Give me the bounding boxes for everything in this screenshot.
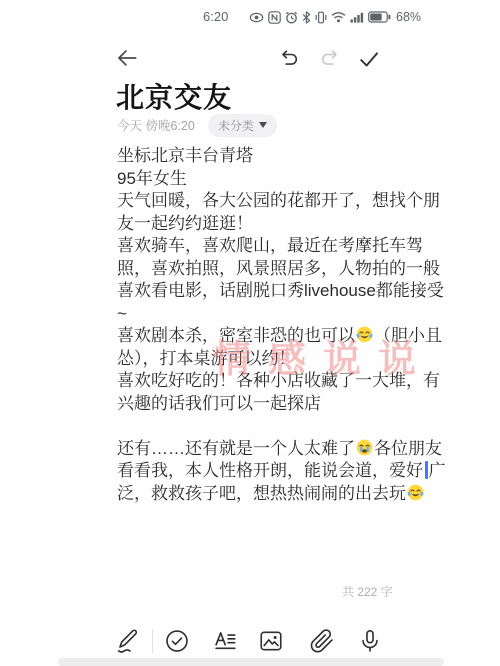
note-line: 喜欢吃好吃的！各种小店收藏了一大堆，有 bbox=[117, 370, 469, 393]
toolbar-divider bbox=[152, 629, 153, 653]
nfc-icon bbox=[268, 11, 281, 24]
category-selector[interactable]: 未分类 bbox=[208, 114, 277, 137]
note-line: ~ bbox=[117, 303, 469, 326]
sob-emoji bbox=[356, 439, 373, 456]
notes-app-screen: 6:20 bbox=[0, 0, 500, 666]
text-format-button[interactable] bbox=[212, 628, 238, 654]
note-line bbox=[117, 415, 469, 438]
note-line: 95年女生 bbox=[117, 168, 469, 191]
handwriting-button[interactable] bbox=[115, 628, 141, 654]
note-text: 兴趣的话我们可以一起探店 bbox=[117, 394, 321, 413]
image-icon bbox=[258, 628, 284, 654]
nav-bar bbox=[0, 44, 500, 74]
note-line: 天气回暖，各大公园的花都开了，想找个朋 bbox=[117, 190, 469, 213]
microphone-icon bbox=[357, 628, 383, 654]
back-button[interactable] bbox=[114, 45, 140, 71]
vibrate-icon bbox=[315, 11, 327, 24]
undo-button[interactable] bbox=[277, 46, 303, 72]
bottom-edge-bar bbox=[58, 658, 444, 666]
note-line: 泛，救救孩子吧，想热热闹闹的出去玩 bbox=[117, 483, 469, 506]
voice-input-button[interactable] bbox=[357, 628, 383, 654]
note-line: 喜欢看电影，话剧脱口秀livehouse都能接受 bbox=[117, 280, 469, 303]
note-text: 各位朋友 bbox=[374, 439, 442, 458]
word-count: 共 222 字 bbox=[342, 583, 393, 600]
wifi-icon bbox=[331, 11, 346, 23]
note-text: 喜欢看电影，话剧脱口秀livehouse都能接受 bbox=[117, 281, 444, 300]
note-text: 喜欢骑车，喜欢爬山，最近在考摩托车驾 bbox=[117, 236, 423, 255]
editor-toolbar bbox=[0, 627, 500, 657]
note-text: 95年女生 bbox=[117, 169, 187, 188]
note-title[interactable]: 北京交友 bbox=[116, 76, 232, 116]
note-text: 怂），打本桌游可以约！ bbox=[117, 349, 296, 368]
note-text: 坐标北京丰台青塔 bbox=[117, 146, 253, 165]
paperclip-icon bbox=[309, 628, 335, 654]
confirm-button[interactable] bbox=[356, 46, 382, 72]
note-line: 喜欢剧本杀，密室非恐的也可以（胆小且 bbox=[117, 325, 469, 348]
note-text: 喜欢剧本杀，密室非恐的也可以 bbox=[117, 326, 355, 345]
note-line: 兴趣的话我们可以一起探店 bbox=[117, 393, 469, 416]
note-timestamp: 今天 傍晚6:20 bbox=[117, 116, 195, 134]
insert-image-button[interactable] bbox=[258, 628, 284, 654]
note-text: 还有……还有就是一个人太难了 bbox=[117, 439, 355, 458]
bluetooth-icon bbox=[302, 11, 311, 24]
note-text: 天气回暖，各大公园的花都开了，想找个朋 bbox=[117, 191, 440, 210]
attachment-button[interactable] bbox=[309, 628, 335, 654]
undo-icon bbox=[277, 47, 303, 71]
note-line: 照，喜欢拍照，风景照居多，人物拍的一般 bbox=[117, 258, 469, 281]
note-line: 喜欢骑车，喜欢爬山，最近在考摩托车驾 bbox=[117, 235, 469, 258]
note-meta: 今天 傍晚6:20 未分类 bbox=[117, 114, 277, 136]
check-icon bbox=[356, 46, 382, 72]
chevron-down-icon bbox=[259, 122, 267, 128]
note-text: 友一起约约逛逛！ bbox=[117, 214, 253, 233]
back-arrow-icon bbox=[114, 45, 140, 71]
alarm-icon bbox=[285, 11, 298, 24]
check-circle-icon bbox=[164, 628, 190, 654]
battery-percent: 68% bbox=[396, 10, 421, 24]
note-line: 看看我，本人性格开朗，能说会道，爱好广 bbox=[117, 460, 469, 483]
note-text: （胆小且 bbox=[374, 326, 442, 345]
note-line: 友一起约约逛逛！ bbox=[117, 213, 469, 236]
note-text: 照，喜欢拍照，风景照居多，人物拍的一般 bbox=[117, 259, 440, 278]
text-cursor bbox=[425, 461, 428, 479]
battery-icon bbox=[368, 11, 391, 23]
signal-icon bbox=[350, 11, 364, 23]
redo-icon bbox=[318, 47, 344, 71]
todo-check-button[interactable] bbox=[164, 628, 190, 654]
status-bar: 6:20 bbox=[0, 6, 500, 28]
note-text: 泛，救救孩子吧，想热热闹闹的出去玩 bbox=[117, 484, 406, 503]
pen-icon bbox=[115, 628, 141, 654]
status-icon-group: 68% bbox=[249, 9, 421, 25]
redo-button[interactable] bbox=[318, 46, 344, 72]
note-line: 怂），打本桌游可以约！ bbox=[117, 348, 469, 371]
note-body-editor[interactable]: 坐标北京丰台青塔95年女生天气回暖，各大公园的花都开了，想找个朋友一起约约逛逛！… bbox=[117, 145, 469, 505]
note-text: ~ bbox=[117, 304, 127, 323]
note-text: 广 bbox=[429, 461, 446, 480]
joy-emoji bbox=[407, 484, 424, 501]
joy-emoji bbox=[356, 326, 373, 343]
category-label: 未分类 bbox=[218, 117, 254, 134]
note-line: 坐标北京丰台青塔 bbox=[117, 145, 469, 168]
note-text: 看看我，本人性格开朗，能说会道，爱好 bbox=[117, 461, 423, 480]
eye-comfort-icon bbox=[249, 11, 264, 24]
text-format-icon bbox=[212, 628, 238, 654]
status-time: 6:20 bbox=[203, 9, 228, 24]
note-line: 还有……还有就是一个人太难了各位朋友 bbox=[117, 438, 469, 461]
note-text: 喜欢吃好吃的！各种小店收藏了一大堆，有 bbox=[117, 371, 440, 390]
